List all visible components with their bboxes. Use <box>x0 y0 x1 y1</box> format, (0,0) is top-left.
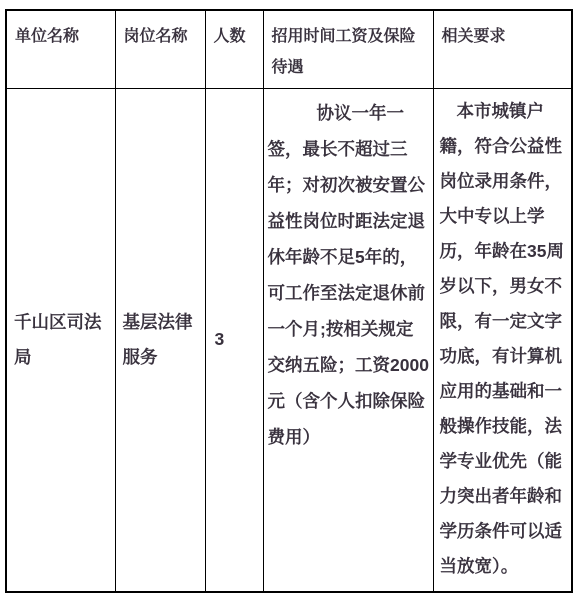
page: 单位名称 岗位名称 人数 招用时间工资及保险待遇 相关要求 千山区司法局 基层法… <box>0 0 579 598</box>
cell-headcount: 3 <box>205 88 263 592</box>
header-headcount: 人数 <box>205 10 263 88</box>
header-requirements: 相关要求 <box>433 10 572 88</box>
job-posting-table: 单位名称 岗位名称 人数 招用时间工资及保险待遇 相关要求 千山区司法局 基层法… <box>5 9 573 593</box>
cell-position-name: 基层法律服务 <box>115 88 205 592</box>
header-row: 单位名称 岗位名称 人数 招用时间工资及保险待遇 相关要求 <box>6 10 572 88</box>
cell-salary-insurance: 协议一年一签，最长不超过三年；对初次被安置公益性岗位时距法定退休年龄不足5年的，… <box>263 88 433 592</box>
header-salary-insurance: 招用时间工资及保险待遇 <box>263 10 433 88</box>
header-position-name: 岗位名称 <box>115 10 205 88</box>
table-row: 千山区司法局 基层法律服务 3 协议一年一签，最长不超过三年；对初次被安置公益性… <box>6 88 572 592</box>
cell-requirements: 本市城镇户籍，符合公益性岗位录用条件，大中专以上学历，年龄在35周岁以下，男女不… <box>433 88 572 592</box>
header-unit-name: 单位名称 <box>6 10 115 88</box>
cell-unit-name: 千山区司法局 <box>6 88 115 592</box>
